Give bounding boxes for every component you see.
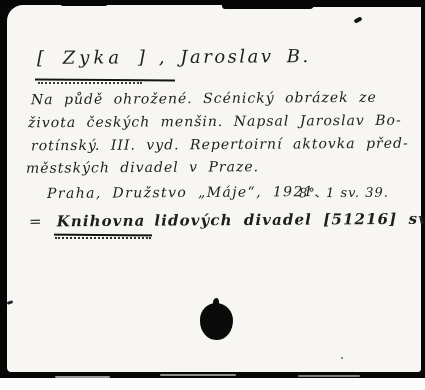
ink-speck-left-edge <box>7 300 14 305</box>
series-underline <box>54 234 152 237</box>
series-statement-line: =Knihovnalidových divadel [51216] sv. 27 <box>29 209 425 230</box>
annotation-line-1: Na půdě ohrožené. Scénický obrázek ze <box>31 90 377 108</box>
author-name-bracketed: [ Zyka ] <box>37 47 149 69</box>
author-underline-dotted <box>38 82 142 84</box>
series-equals-sign: = <box>29 212 43 230</box>
scan-noise-dash <box>55 376 110 378</box>
scan-bottom-white-strip <box>0 378 425 390</box>
series-title: Knihovna <box>57 212 146 231</box>
scanned-card-image: [ Zyka ], Jaroslav B. Na půdě ohrožené. … <box>0 0 425 390</box>
annotation-line-3: rotínský. III. vyd. Repertoirní aktovka … <box>31 136 409 155</box>
heading-author-line: [ Zyka ], Jaroslav B. <box>37 46 311 69</box>
ink-speck-bottom-right <box>341 357 343 359</box>
scan-noise-dash <box>298 375 360 377</box>
scan-edge-bump <box>312 0 425 7</box>
imprint-format-extent: 8°. 1 sv. 39. <box>299 186 389 202</box>
annotation-line-2: života českých menšin. Napsal Jaroslav B… <box>28 113 402 132</box>
scan-noise-dash <box>160 374 236 376</box>
series-underline-dotted <box>55 237 151 239</box>
ink-blot <box>200 303 233 340</box>
series-subtitle-number: lidových divadel [51216] sv. 27 <box>154 209 425 229</box>
annotation-line-4: městských divadel v Praze. <box>26 159 259 177</box>
ink-speck-top-right <box>354 16 363 23</box>
scan-edge-bump <box>222 0 314 9</box>
author-given-name: , Jaroslav B. <box>159 46 311 68</box>
catalog-card: [ Zyka ], Jaroslav B. Na půdě ohrožené. … <box>7 5 421 372</box>
scan-edge-bump <box>60 0 108 6</box>
imprint-place-publisher-year: Praha, Družstvo „Máje“, 1921. <box>47 184 320 202</box>
